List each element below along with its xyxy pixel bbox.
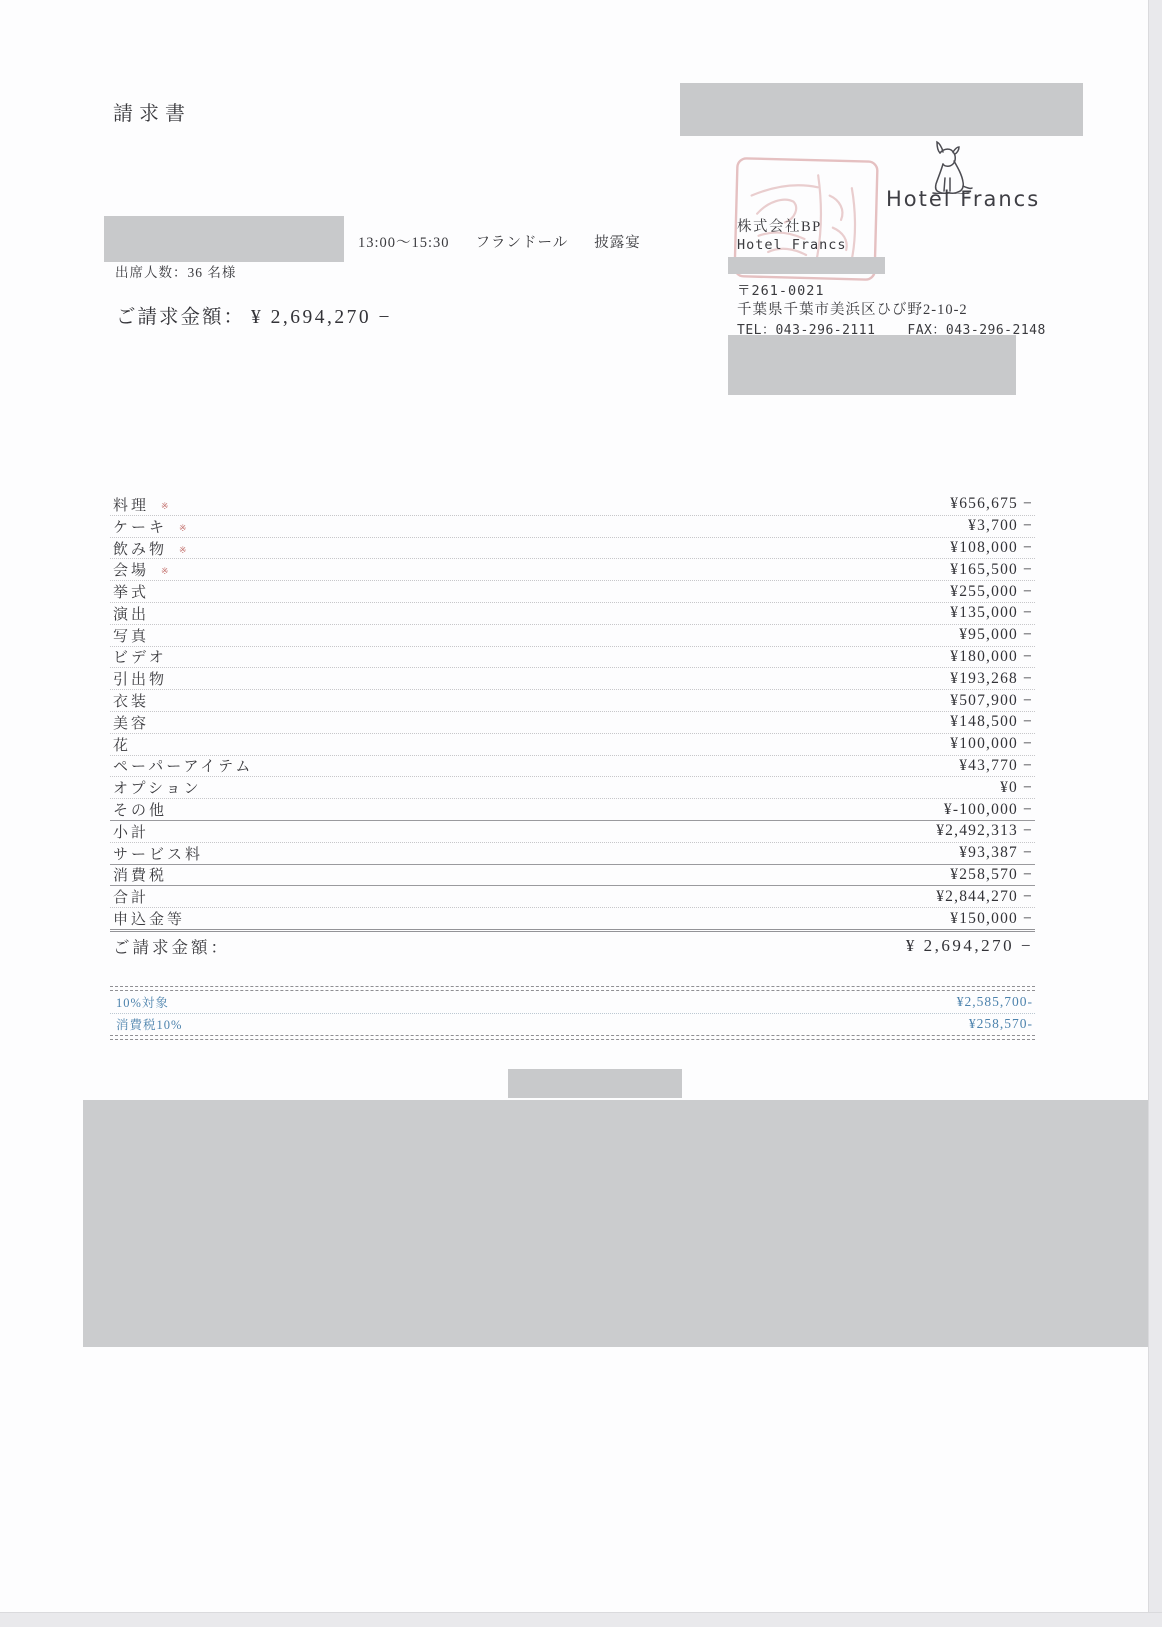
item-label: 花 <box>110 734 131 755</box>
item-label: ペーパーアイテム <box>110 755 253 776</box>
item-amount: ¥150,000 − <box>950 910 1035 928</box>
item-label: 合計 <box>110 886 149 907</box>
redacted-large-bottom-area <box>83 1100 1154 1347</box>
item-label: ご請求金額： <box>110 934 230 958</box>
table-row: オプション¥0 − <box>110 777 1035 799</box>
document-title: 請求書 <box>113 97 191 126</box>
item-label: 消費税 <box>110 864 167 885</box>
hotel-address: 千葉県千葉市美浜区ひび野2-10-2 <box>737 298 968 319</box>
company-name-en: Hotel Francs <box>737 237 847 253</box>
scan-page-right-edge <box>1148 0 1162 1627</box>
item-amount: ¥135,000 − <box>950 604 1035 622</box>
item-label: 衣装 <box>110 690 149 711</box>
item-amount: ¥100,000 − <box>950 735 1035 753</box>
item-amount: ¥43,770 − <box>959 757 1035 775</box>
redacted-customer-name-box <box>104 216 344 262</box>
hotel-logo-text: Hotel Francs <box>886 187 1040 211</box>
item-amount: ¥258,570 − <box>950 866 1035 884</box>
event-info-line: 13:00～15:30フランドール披露宴 <box>358 231 641 252</box>
item-label: 小計 <box>110 821 149 842</box>
redacted-issuer-block-box <box>728 335 1016 395</box>
table-row: 飲み物※¥108,000 − <box>110 538 1035 560</box>
table-row: 演出¥135,000 − <box>110 603 1035 625</box>
item-amount: ¥95,000 − <box>959 626 1035 644</box>
item-amount: ¥165,500 − <box>950 561 1035 579</box>
table-row: 花¥100,000 − <box>110 734 1035 756</box>
tax-row: 10%対象¥2,585,700- <box>110 991 1035 1013</box>
tax-summary-block: 10%対象¥2,585,700-消費税10%¥258,570- <box>110 986 1035 1040</box>
event-type: 披露宴 <box>594 235 641 251</box>
item-label: 演出 <box>110 603 149 624</box>
table-row: 美容¥148,500 − <box>110 712 1035 734</box>
item-amount: ¥ 2,694,270 − <box>906 936 1035 956</box>
red-asterisk-mark: ※ <box>179 545 187 555</box>
redacted-issuer-line-box <box>728 257 885 274</box>
table-row: その他¥-100,000 − <box>110 799 1035 821</box>
item-label: 引出物 <box>110 668 167 689</box>
billing-total-headline: ご請求金額：¥ 2,694,270 − <box>116 301 392 329</box>
tax-amount: ¥258,570- <box>969 1016 1035 1032</box>
item-amount: ¥-100,000 − <box>944 801 1035 819</box>
table-row: 消費税¥258,570 − <box>110 865 1035 887</box>
table-row: サービス料¥93,387 − <box>110 843 1035 865</box>
table-row: 挙式¥255,000 − <box>110 581 1035 603</box>
table-row: 小計¥2,492,313 − <box>110 821 1035 843</box>
hotel-dog-logo-icon <box>921 140 973 194</box>
item-amount: ¥148,500 − <box>950 713 1035 731</box>
table-row: ビデオ¥180,000 − <box>110 647 1035 669</box>
event-venue: フランドール <box>476 235 569 251</box>
table-row: 会場※¥165,500 − <box>110 559 1035 581</box>
table-row: ご請求金額：¥ 2,694,270 − <box>110 932 1035 960</box>
invoice-table: 料理※¥656,675 −ケーキ※¥3,700 −飲み物※¥108,000 −会… <box>110 494 1035 960</box>
attendees-count: 出席人数：36 名様 <box>115 261 236 281</box>
item-amount: ¥507,900 − <box>950 692 1035 710</box>
tel-fax-line: TEL：043-296-2111FAX：043-296-2148 <box>737 319 1046 338</box>
tax-rows-container: 10%対象¥2,585,700-消費税10%¥258,570- <box>110 991 1035 1035</box>
item-label: ケーキ※ <box>110 516 187 537</box>
company-name: 株式会社BP <box>737 215 822 236</box>
table-row: 申込金等¥150,000 − <box>110 908 1035 932</box>
item-label: 写真 <box>110 625 149 646</box>
item-label: その他 <box>110 799 167 820</box>
scan-page-bottom-edge <box>0 1612 1162 1627</box>
event-time: 13:00～15:30 <box>358 235 450 251</box>
item-label: 会場※ <box>110 559 169 580</box>
red-asterisk-mark: ※ <box>161 566 169 576</box>
item-label: ビデオ <box>110 646 167 667</box>
item-label: 申込金等 <box>110 908 185 929</box>
table-row: 写真¥95,000 − <box>110 625 1035 647</box>
item-amount: ¥3,700 − <box>968 517 1035 535</box>
item-amount: ¥180,000 − <box>950 648 1035 666</box>
item-amount: ¥2,844,270 − <box>936 888 1035 906</box>
item-amount: ¥255,000 − <box>950 583 1035 601</box>
redacted-header-box <box>680 83 1083 136</box>
item-amount: ¥0 − <box>1000 779 1035 797</box>
tax-label: 消費税10% <box>110 1015 182 1033</box>
item-amount: ¥93,387 − <box>959 844 1035 862</box>
item-label: 料理※ <box>110 494 169 515</box>
item-amount: ¥193,268 − <box>950 670 1035 688</box>
item-label: 美容 <box>110 712 149 733</box>
redacted-small-bottom-box <box>508 1069 682 1098</box>
tax-row: 消費税10%¥258,570- <box>110 1013 1035 1036</box>
item-label: 飲み物※ <box>110 538 187 559</box>
table-row: ペーパーアイテム¥43,770 − <box>110 756 1035 778</box>
tax-label: 10%対象 <box>110 993 169 1011</box>
dashed-separator-bottom <box>110 1035 1035 1040</box>
item-amount: ¥108,000 − <box>950 539 1035 557</box>
table-row: ケーキ※¥3,700 − <box>110 516 1035 538</box>
billing-total-label: ご請求金額： <box>116 307 245 328</box>
item-amount: ¥2,492,313 − <box>936 822 1035 840</box>
item-label: サービス料 <box>110 843 203 864</box>
postal-code: 〒261-0021 <box>737 279 825 299</box>
item-label: 挙式 <box>110 581 149 602</box>
table-row: 合計¥2,844,270 − <box>110 886 1035 908</box>
table-row: 引出物¥193,268 − <box>110 668 1035 690</box>
item-label: オプション <box>110 777 202 798</box>
red-asterisk-mark: ※ <box>179 523 187 533</box>
red-asterisk-mark: ※ <box>161 501 169 511</box>
table-row: 料理※¥656,675 − <box>110 494 1035 516</box>
billing-total-value: ¥ 2,694,270 − <box>251 307 392 328</box>
tax-amount: ¥2,585,700- <box>957 994 1035 1010</box>
item-amount: ¥656,675 − <box>950 495 1035 513</box>
table-row: 衣装¥507,900 − <box>110 690 1035 712</box>
fax-number: FAX：043-296-2148 <box>907 323 1045 338</box>
tel-number: TEL：043-296-2111 <box>737 323 875 338</box>
